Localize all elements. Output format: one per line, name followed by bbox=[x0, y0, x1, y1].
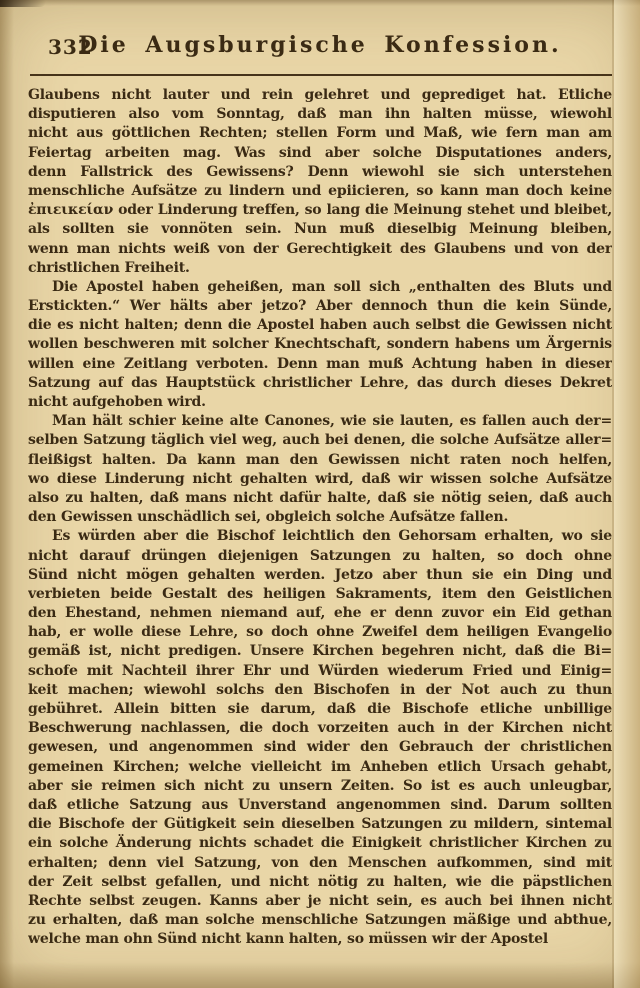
page-edge-left bbox=[0, 0, 14, 988]
text-line: daß etliche Satzung aus Unverstand angen… bbox=[28, 796, 612, 815]
text-line: der Zeit selbst gefallen, und nicht nöti… bbox=[28, 873, 612, 892]
text-line: verbieten beide Gestalt des heiligen Sak… bbox=[28, 585, 612, 604]
text-line: selben Satzung täglich viel weg, auch be… bbox=[28, 431, 612, 450]
text-line: Rechte selbst zeugen. Kanns aber je nich… bbox=[28, 892, 612, 911]
text-line: nicht aufgehoben wird. bbox=[28, 393, 612, 412]
text-line: Feiertag arbeiten mag. Was sind aber sol… bbox=[28, 144, 612, 163]
running-title: Die Augsburgische Konfession. bbox=[30, 32, 610, 58]
page-edge-bottom bbox=[0, 962, 640, 988]
text-line: aber sie reimen sich nicht zu unsern Zei… bbox=[28, 777, 612, 796]
text-line: gebühret. Allein bitten sie darum, daß d… bbox=[28, 700, 612, 719]
text-line: schofe mit Nachteil ihrer Ehr und Würden… bbox=[28, 662, 612, 681]
text-line: nicht darauf drüngen diejenigen Satzunge… bbox=[28, 547, 612, 566]
text-line: die Bischofe der Gütigkeit sein dieselbe… bbox=[28, 815, 612, 834]
text-line: Sünd nicht mögen gehalten werden. Jetzo … bbox=[28, 566, 612, 585]
text-line: wo diese Linderung nicht gehalten wird, … bbox=[28, 470, 612, 489]
corner-shadow-mark bbox=[0, 0, 46, 7]
body-text: Glaubens nicht lauter und rein gelehret … bbox=[28, 86, 612, 949]
text-line: Die Apostel haben geheißen, man soll sic… bbox=[28, 278, 612, 297]
text-line: gemeinen Kirchen; welche vielleicht im A… bbox=[28, 758, 612, 777]
header-rule bbox=[30, 74, 612, 76]
text-line: christlichen Freiheit. bbox=[28, 259, 612, 278]
paper-speck bbox=[178, 936, 182, 940]
text-line: Man hält schier keine alte Canones, wie … bbox=[28, 412, 612, 431]
text-line: keit machen; wiewohl solchs den Bischofe… bbox=[28, 681, 612, 700]
text-line: nicht aus göttlichen Rechten; stellen Fo… bbox=[28, 124, 612, 143]
text-line: Beschwerung nachlassen, die doch vorzeit… bbox=[28, 719, 612, 738]
text-line: erhalten; denn viel Satzung, von den Men… bbox=[28, 854, 612, 873]
text-line: wollen beschweren mit solcher Knechtscha… bbox=[28, 335, 612, 354]
text-line: ἐπιεικείαν oder Linderung treffen, so la… bbox=[28, 201, 612, 220]
page-edge-right bbox=[614, 0, 640, 988]
text-line: als sollten sie vonnöten sein. Nun muß d… bbox=[28, 220, 612, 239]
page-header: 332 Die Augsburgische Konfession. bbox=[30, 32, 610, 66]
book-page: 332 Die Augsburgische Konfession. Glaube… bbox=[0, 0, 640, 988]
text-line: hab, er wolle diese Lehre, so doch ohne … bbox=[28, 623, 612, 642]
text-line: also zu halten, daß mans nicht dafür hal… bbox=[28, 489, 612, 508]
text-line: gemäß ist, nicht predigen. Unsere Kirche… bbox=[28, 642, 612, 661]
page-edge-top bbox=[0, 0, 640, 6]
text-line: Es würden aber die Bischof leichtlich de… bbox=[28, 527, 612, 546]
text-line: denn Fallstrick des Gewissens? Denn wiew… bbox=[28, 163, 612, 182]
text-line: gewesen, und angenommen sind wider den G… bbox=[28, 738, 612, 757]
text-line: Glaubens nicht lauter und rein gelehret … bbox=[28, 86, 612, 105]
text-line: disputieren also vom Sonntag, daß man ih… bbox=[28, 105, 612, 124]
text-line: den Gewissen unschädlich sei, obgleich s… bbox=[28, 508, 612, 527]
text-line: willen eine Zeitlang verboten. Denn man … bbox=[28, 355, 612, 374]
text-line: fleißigst halten. Da kann man den Gewiss… bbox=[28, 451, 612, 470]
text-line: welche man ohn Sünd nicht kann halten, s… bbox=[28, 930, 612, 949]
text-line: menschliche Aufsätze zu lindern und epii… bbox=[28, 182, 612, 201]
text-line: den Ehestand, nehmen niemand auf, ehe er… bbox=[28, 604, 612, 623]
text-line: wenn man nichts weiß von der Gerechtigke… bbox=[28, 240, 612, 259]
text-line: die es nicht halten; denn die Apostel ha… bbox=[28, 316, 612, 335]
text-line: zu erhalten, daß man solche menschliche … bbox=[28, 911, 612, 930]
text-line: Erstickten.“ Wer hälts aber jetzo? Aber … bbox=[28, 297, 612, 316]
text-line: ein solche Änderung nichts schadet die E… bbox=[28, 834, 612, 853]
text-line: Satzung auf das Hauptstück christlicher … bbox=[28, 374, 612, 393]
